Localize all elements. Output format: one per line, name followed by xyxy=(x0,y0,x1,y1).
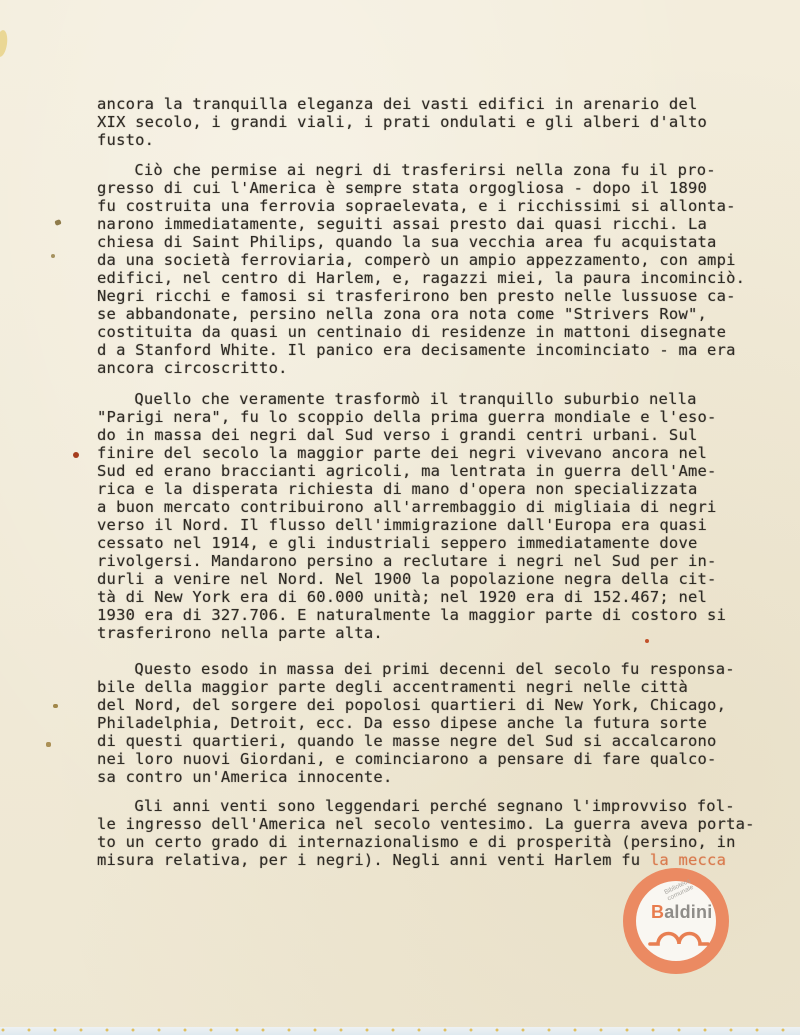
library-watermark-stamp: Biblioteca comunale Baldini xyxy=(623,868,729,974)
paragraph: Quello che veramente trasformò il tranqu… xyxy=(97,390,765,642)
paper-speck xyxy=(51,254,55,258)
watermark-library-name: Baldini xyxy=(651,902,712,923)
paragraph: Gli anni venti sono leggendari perché se… xyxy=(97,797,765,869)
margin-dot xyxy=(73,452,79,458)
paper-speck xyxy=(46,742,51,747)
paragraph: ancora la tranquilla eleganza dei vasti … xyxy=(97,95,765,149)
scanner-edge-strip xyxy=(0,1027,800,1035)
document-text: ancora la tranquilla eleganza dei vasti … xyxy=(97,95,765,869)
paper-speck xyxy=(54,219,61,226)
paper-speck xyxy=(53,704,58,708)
paper-stain xyxy=(0,29,9,57)
paragraph: Questo esodo in massa dei primi decenni … xyxy=(97,660,765,786)
watermark-name-initial: B xyxy=(651,902,664,922)
open-book-icon xyxy=(647,923,711,949)
page-scan: ancora la tranquilla eleganza dei vasti … xyxy=(0,0,800,1035)
watermark-name-rest: aldini xyxy=(664,902,712,922)
paragraph: Ciò che permise ai negri di trasferirsi … xyxy=(97,161,765,377)
watermark-tinted-text: la mecca xyxy=(650,851,726,869)
